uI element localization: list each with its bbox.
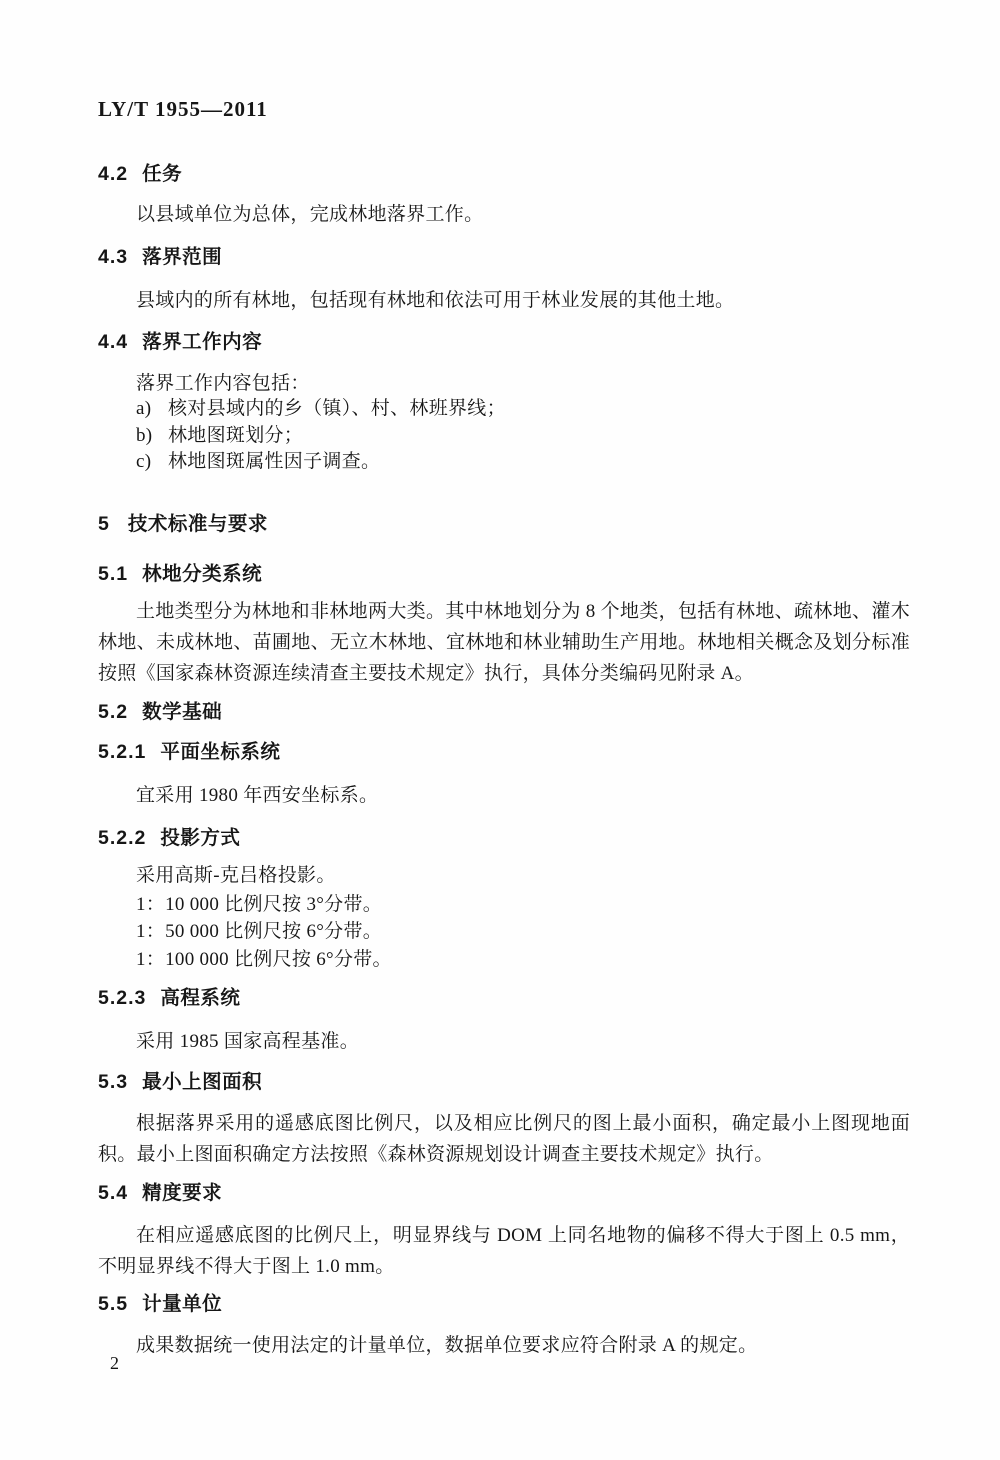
list-item-c: c)林地图斑属性因子调查。 — [136, 449, 380, 475]
section-heading-4-2: 4.2任务 — [98, 162, 182, 186]
standard-number-header: LY/T 1955—2011 — [98, 97, 268, 121]
section-heading-4-4: 4.4落界工作内容 — [98, 330, 262, 354]
section-title: 技术标准与要求 — [128, 513, 268, 535]
section-number: 5.1 — [98, 562, 128, 586]
paragraph: 县域内的所有林地，包括现有林地和依法可用于林业发展的其他土地。 — [98, 285, 734, 316]
section-heading-5-3: 5.3最小上图面积 — [98, 1070, 262, 1094]
section-title: 平面坐标系统 — [160, 741, 280, 763]
list-item-a: a)核对县域内的乡（镇）、村、林班界线； — [136, 396, 506, 422]
page-number: 2 — [110, 1353, 119, 1373]
section-title: 任务 — [142, 163, 182, 185]
list-item-text: 核对县域内的乡（镇）、村、林班界线； — [168, 398, 506, 419]
section-title: 落界工作内容 — [142, 331, 262, 353]
paragraph: 采用高斯-克吕格投影。 — [98, 860, 336, 891]
section-heading-5-4: 5.4精度要求 — [98, 1181, 222, 1205]
paragraph: 采用 1985 国家高程基准。 — [98, 1026, 359, 1057]
section-heading-5-2-2: 5.2.2投影方式 — [98, 826, 240, 850]
section-number: 5.2.3 — [98, 986, 146, 1010]
section-number: 4.3 — [98, 245, 128, 269]
section-title: 计量单位 — [142, 1293, 222, 1315]
section-heading-5-2-1: 5.2.1平面坐标系统 — [98, 740, 280, 764]
section-title: 投影方式 — [160, 827, 240, 849]
section-heading-5-5: 5.5计量单位 — [98, 1292, 222, 1316]
section-heading-5-2: 5.2数学基础 — [98, 700, 222, 724]
paragraph: 宜采用 1980 年西安坐标系。 — [98, 780, 378, 811]
paragraph: 成果数据统一使用法定的计量单位，数据单位要求应符合附录 A 的规定。 — [98, 1330, 757, 1361]
section-title: 精度要求 — [142, 1182, 222, 1204]
section-title: 落界范围 — [142, 246, 222, 268]
paragraph: 根据落界采用的遥感底图比例尺，以及相应比例尺的图上最小面积，确定最小上图现地面积… — [98, 1108, 910, 1170]
section-title: 最小上图面积 — [142, 1071, 262, 1093]
section-heading-5-1: 5.1林地分类系统 — [98, 562, 262, 586]
section-number: 5.2.2 — [98, 826, 146, 850]
section-number: 5.4 — [98, 1181, 128, 1205]
list-item-text: 林地图斑划分； — [168, 425, 303, 446]
section-title: 林地分类系统 — [142, 563, 262, 585]
scale-line-3: 1：100 000 比例尺按 6°分带。 — [98, 944, 392, 975]
paragraph: 落界工作内容包括： — [98, 368, 310, 399]
paragraph: 以县域单位为总体，完成林地落界工作。 — [98, 199, 483, 230]
section-number: 5 — [98, 512, 110, 536]
list-item-label: b) — [136, 423, 168, 449]
section-title: 数学基础 — [142, 701, 222, 723]
section-heading-4-3: 4.3落界范围 — [98, 245, 222, 269]
document-page: LY/T 1955—2011 4.2任务 以县域单位为总体，完成林地落界工作。 … — [0, 0, 1000, 1460]
section-number: 4.4 — [98, 330, 128, 354]
section-number: 5.3 — [98, 1070, 128, 1094]
paragraph: 在相应遥感底图的比例尺上，明显界线与 DOM 上同名地物的偏移不得大于图上 0.… — [98, 1220, 910, 1282]
list-item-label: c) — [136, 449, 168, 475]
list-item-b: b)林地图斑划分； — [136, 423, 303, 449]
section-number: 5.2 — [98, 700, 128, 724]
scale-line-2: 1：50 000 比例尺按 6°分带。 — [98, 916, 382, 947]
section-number: 4.2 — [98, 162, 128, 186]
paragraph: 土地类型分为林地和非林地两大类。其中林地划分为 8 个地类，包括有林地、疏林地、… — [98, 596, 910, 689]
section-number: 5.5 — [98, 1292, 128, 1316]
list-item-label: a) — [136, 396, 168, 422]
section-number: 5.2.1 — [98, 740, 146, 764]
section-heading-5-2-3: 5.2.3高程系统 — [98, 986, 240, 1010]
section-title: 高程系统 — [160, 987, 240, 1009]
chapter-heading-5: 5技术标准与要求 — [98, 512, 268, 536]
list-item-text: 林地图斑属性因子调查。 — [168, 451, 380, 472]
